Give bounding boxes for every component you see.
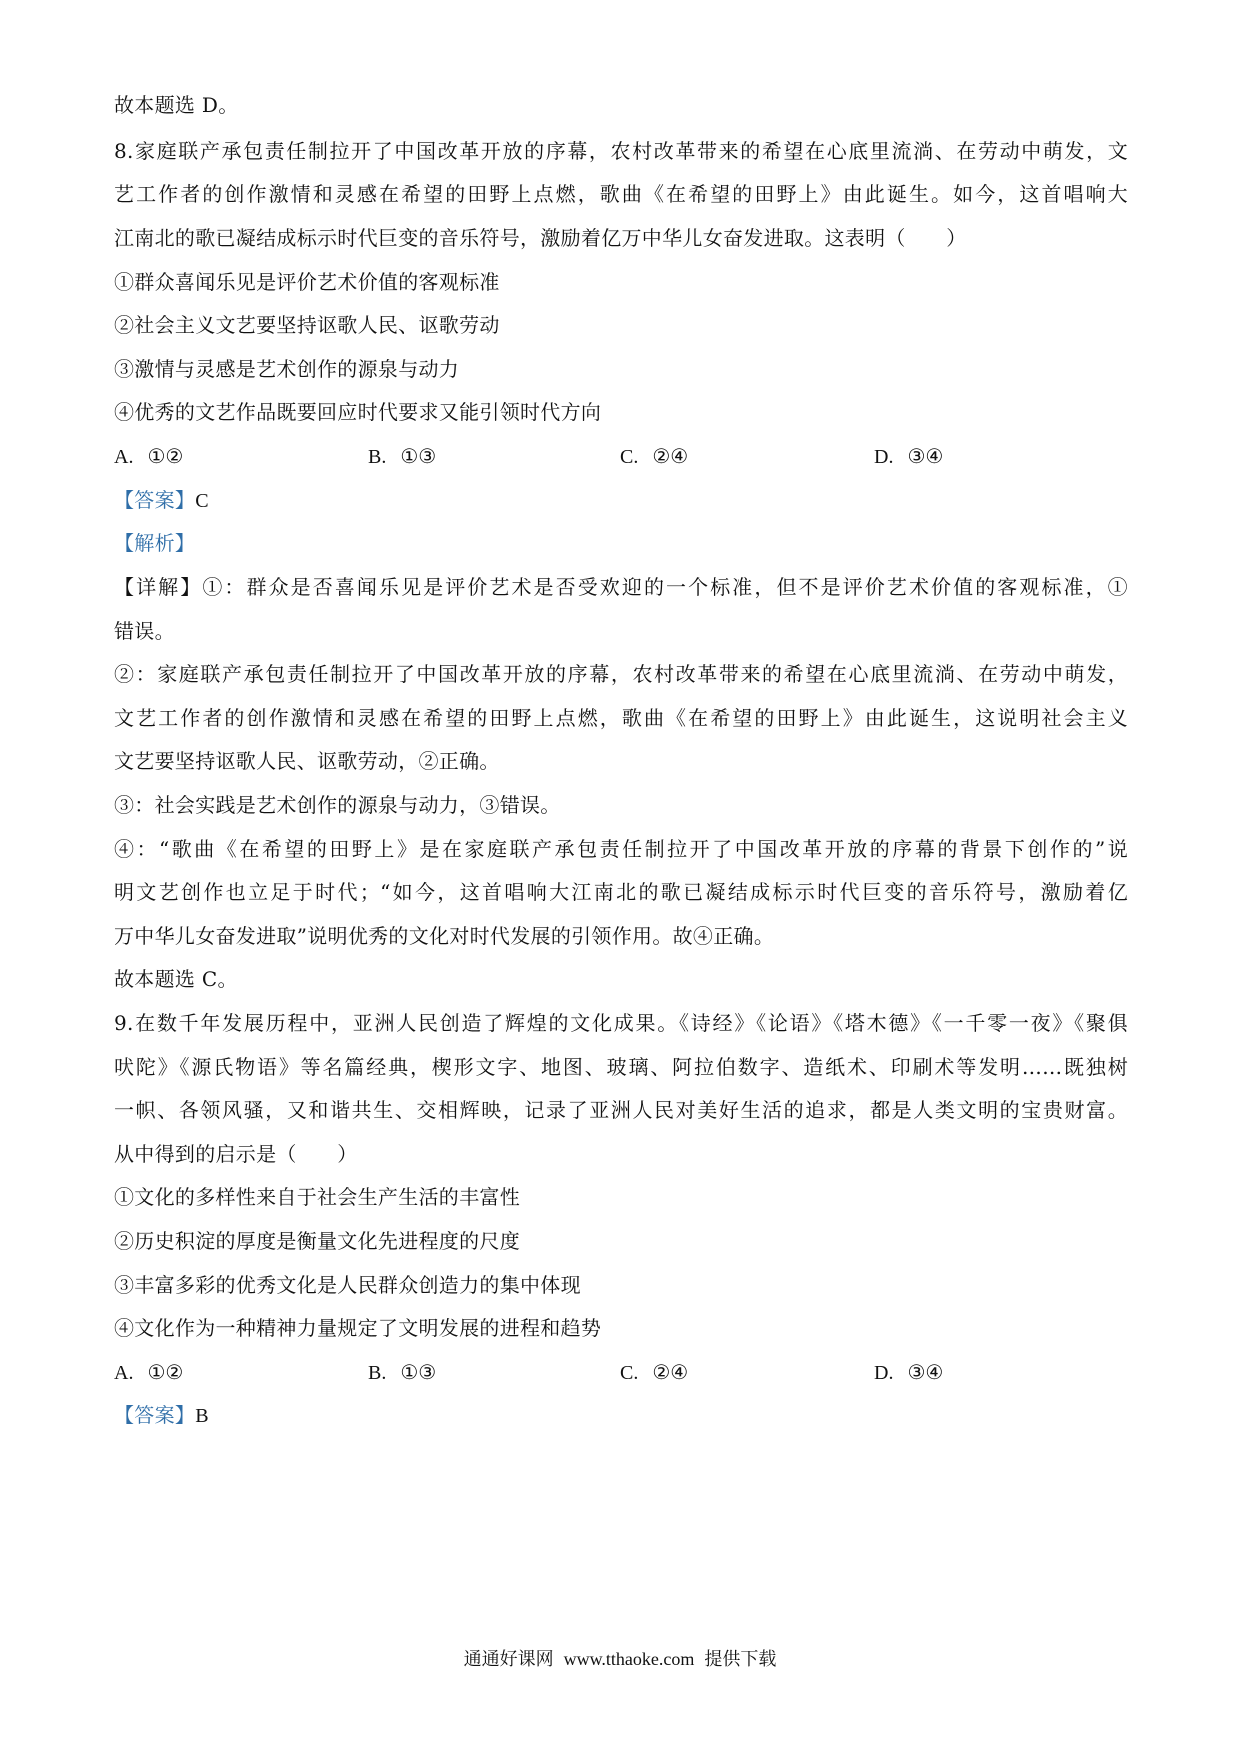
page-footer: 通通好课网www.tthaoke.com提供下载	[0, 1646, 1240, 1673]
option-value: ①②	[147, 444, 183, 468]
q9-option-d: D.③④	[874, 1358, 943, 1387]
document-page: 故本题选 D。 8.家庭联产承包责任制拉开了中国改革开放的序幕，农村改革带来的希…	[0, 0, 1240, 1754]
q8-answer: 【答案】C	[114, 486, 1128, 515]
footer-suffix: 提供下载	[704, 1649, 776, 1670]
q8-detail-line-7: ④：“歌曲《在希望的田野上》是在家庭联产承包责任制拉开了中国改革开放的序幕的背景…	[114, 835, 1128, 863]
option-value: ①②	[147, 1360, 183, 1384]
q8-stem-line-1: 8.家庭联产承包责任制拉开了中国改革开放的序幕，农村改革带来的希望在心底里流淌、…	[114, 137, 1128, 165]
q9-option-a: A.①②	[114, 1358, 183, 1387]
q8-options: A.①② B.①③ C.②④ D.③④	[114, 442, 1128, 470]
q9-stem-line-4: 从中得到的启示是（ ）	[114, 1140, 1128, 1168]
q9-option-b: B.①③	[368, 1358, 436, 1387]
option-value: ③④	[907, 1360, 943, 1384]
q8-option-d: D.③④	[874, 442, 943, 471]
q8-detail-line-1: 【详解】①：群众是否喜闻乐见是评价艺术是否受欢迎的一个标准，但不是评价艺术价值的…	[114, 573, 1128, 601]
q8-detail-line-3: ②：家庭联产承包责任制拉开了中国改革开放的序幕，农村改革带来的希望在心底里流淌、…	[114, 660, 1128, 688]
option-letter: A.	[114, 446, 133, 468]
q9-options: A.①② B.①③ C.②④ D.③④	[114, 1358, 1128, 1386]
option-letter: D.	[874, 1362, 893, 1384]
footer-site-name: 通通好课网	[464, 1649, 554, 1670]
previous-conclusion: 故本题选 D。	[114, 91, 1128, 119]
footer-url[interactable]: www.tthaoke.com	[564, 1649, 695, 1669]
q8-detail-line-6: ③：社会实践是艺术创作的源泉与动力，③错误。	[114, 791, 1128, 819]
option-letter: B.	[368, 1362, 386, 1384]
q9-option-c: C.②④	[620, 1358, 688, 1387]
q8-detail-line-9: 万中华儿女奋发进取”说明优秀的文化对时代发展的引领作用。故④正确。	[114, 922, 1128, 950]
q9-stem-line-1: 9.在数千年发展历程中，亚洲人民创造了辉煌的文化成果。《诗经》《论语》《塔木德》…	[114, 1009, 1128, 1037]
q9-statement-4: ④文化作为一种精神力量规定了文明发展的进程和趋势	[114, 1314, 1128, 1342]
q8-option-b: B.①③	[368, 442, 436, 471]
option-value: ②④	[652, 1360, 688, 1384]
answer-label: 【答案】	[114, 488, 195, 512]
answer-label: 【答案】	[114, 1403, 195, 1427]
q9-statement-2: ②历史积淀的厚度是衡量文化先进程度的尺度	[114, 1227, 1128, 1255]
q8-statement-3: ③激情与灵感是艺术创作的源泉与动力	[114, 355, 1128, 383]
q8-stem-line-3: 江南北的歌已凝结成标示时代巨变的音乐符号，激励着亿万中华儿女奋发进取。这表明（ …	[114, 224, 1128, 252]
option-value: ①③	[400, 444, 436, 468]
q8-statement-4: ④优秀的文艺作品既要回应时代要求又能引领时代方向	[114, 398, 1128, 426]
answer-value: B	[195, 1405, 209, 1427]
q8-detail-line-5: 文艺要坚持讴歌人民、讴歌劳动，②正确。	[114, 747, 1128, 775]
q8-option-a: A.①②	[114, 442, 183, 471]
option-letter: C.	[620, 446, 638, 468]
option-letter: D.	[874, 446, 893, 468]
q9-statement-1: ①文化的多样性来自于社会生产生活的丰富性	[114, 1183, 1128, 1211]
q8-statement-1: ①群众喜闻乐见是评价艺术价值的客观标准	[114, 268, 1128, 296]
option-letter: C.	[620, 1362, 638, 1384]
q9-answer: 【答案】B	[114, 1401, 1128, 1430]
option-value: ①③	[400, 1360, 436, 1384]
q9-stem-line-2: 吠陀》《源氏物语》等名篇经典，楔形文字、地图、玻璃、阿拉伯数字、造纸术、印刷术等…	[114, 1053, 1128, 1081]
option-letter: B.	[368, 446, 386, 468]
q8-detail-line-4: 文艺工作者的创作激情和灵感在希望的田野上点燃，歌曲《在希望的田野上》由此诞生，这…	[114, 704, 1128, 732]
q8-detail-line-8: 明文艺创作也立足于时代；“如今，这首唱响大江南北的歌已凝结成标示时代巨变的音乐符…	[114, 878, 1128, 906]
answer-value: C	[195, 490, 209, 512]
option-value: ③④	[907, 444, 943, 468]
q8-analysis-heading: 【解析】	[114, 529, 1128, 557]
q8-option-c: C.②④	[620, 442, 688, 471]
option-value: ②④	[652, 444, 688, 468]
q9-statement-3: ③丰富多彩的优秀文化是人民群众创造力的集中体现	[114, 1271, 1128, 1299]
option-letter: A.	[114, 1362, 133, 1384]
q8-statement-2: ②社会主义文艺要坚持讴歌人民、讴歌劳动	[114, 311, 1128, 339]
q8-detail-line-2: 错误。	[114, 617, 1128, 645]
q8-conclusion: 故本题选 C。	[114, 965, 1128, 993]
q9-stem-line-3: 一帜、各领风骚，又和谐共生、交相辉映，记录了亚洲人民对美好生活的追求，都是人类文…	[114, 1096, 1128, 1124]
q8-stem-line-2: 艺工作者的创作激情和灵感在希望的田野上点燃，歌曲《在希望的田野上》由此诞生。如今…	[114, 180, 1128, 208]
analysis-label: 【解析】	[114, 531, 195, 555]
